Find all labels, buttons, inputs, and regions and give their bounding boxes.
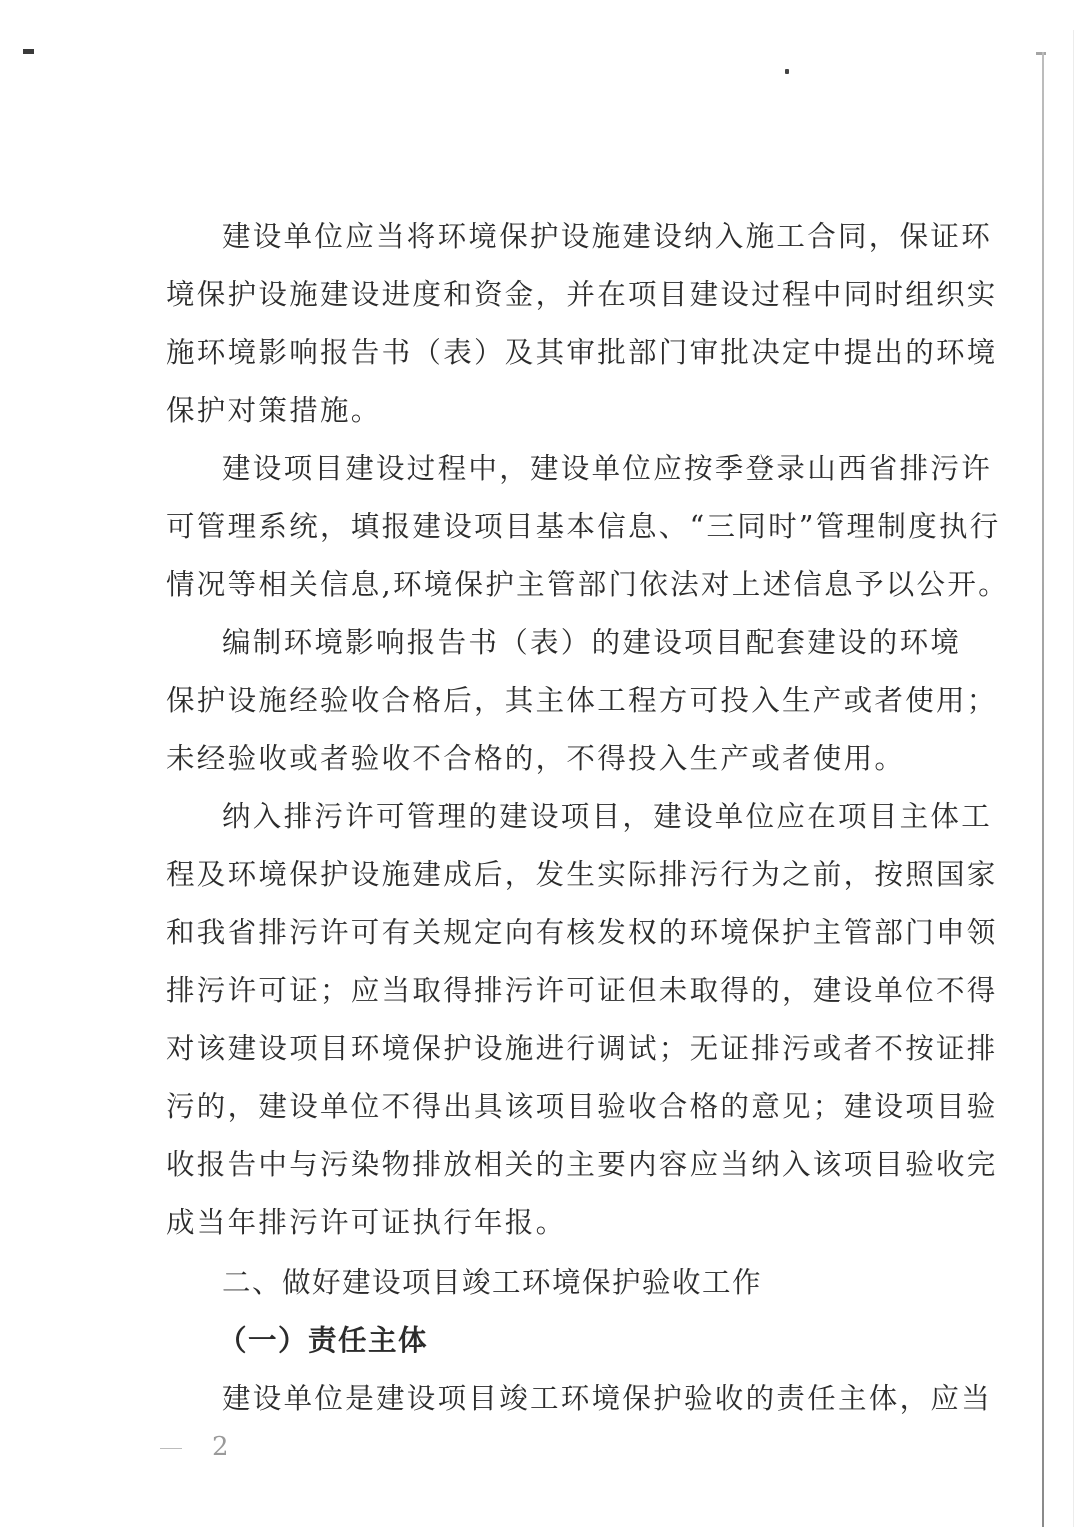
paragraph-quarterly-reporting: 建设项目建设过程中，建设单位应按季登录山西省排污许 可管理系统，填报建设项目基本… xyxy=(166,440,916,614)
paragraph-line: 建设项目建设过程中，建设单位应按季登录山西省排污许 xyxy=(166,440,916,498)
scan-corner-mark xyxy=(23,49,34,54)
paragraph-responsible-party: 建设单位是建设项目竣工环境保护验收的责任主体，应当 xyxy=(166,1370,916,1428)
paragraph-line: 排污许可证；应当取得排污许可证但未取得的，建设单位不得 xyxy=(166,962,916,1020)
document-body: 建设单位应当将环境保护设施建设纳入施工合同，保证环 境保护设施建设进度和资金，并… xyxy=(166,208,916,1428)
paragraph-line: 保护对策措施。 xyxy=(166,382,916,440)
paragraph-line: 情况等相关信息,环境保护主管部门依法对上述信息予以公开。 xyxy=(166,556,916,614)
paragraph-line: 和我省排污许可有关规定向有核发权的环境保护主管部门申领 xyxy=(166,904,916,962)
paragraph-line: 纳入排污许可管理的建设项目，建设单位应在项目主体工 xyxy=(166,788,916,846)
subsection-heading: （一）责任主体 xyxy=(166,1312,916,1370)
paragraph-line: 境保护设施建设进度和资金，并在项目建设过程中同时组织实 xyxy=(166,266,916,324)
paragraph-line: 程及环境保护设施建成后，发生实际排污行为之前，按照国家 xyxy=(166,846,916,904)
section-heading: 二、做好建设项目竣工环境保护验收工作 xyxy=(166,1254,916,1312)
paragraph-line: 可管理系统，填报建设项目基本信息、“三同时”管理制度执行 xyxy=(166,498,916,556)
footer-dash xyxy=(160,1448,182,1449)
paragraph-line: 建设单位应当将环境保护设施建设纳入施工合同，保证环 xyxy=(166,208,916,266)
paragraph-line: 建设单位是建设项目竣工环境保护验收的责任主体，应当 xyxy=(166,1370,916,1428)
paragraph-construction-contract: 建设单位应当将环境保护设施建设纳入施工合同，保证环 境保护设施建设进度和资金，并… xyxy=(166,208,916,440)
page-number: 2 xyxy=(212,1432,229,1462)
page-edge-line xyxy=(1073,30,1074,1527)
paragraph-acceptance-before-use: 编制环境影响报告书（表）的建设项目配套建设的环境 保护设施经验收合格后，其主体工… xyxy=(166,614,916,788)
paragraph-line: 保护设施经验收合格后，其主体工程方可投入生产或者使用； xyxy=(166,672,916,730)
scan-speck xyxy=(785,69,789,74)
paragraph-line: 编制环境影响报告书（表）的建设项目配套建设的环境 xyxy=(166,614,916,672)
paragraph-line: 未经验收或者验收不合格的，不得投入生产或者使用。 xyxy=(166,730,916,788)
page-footer: 2 xyxy=(160,1432,229,1462)
binding-edge-line xyxy=(1042,52,1044,1527)
paragraph-line: 成当年排污许可证执行年报。 xyxy=(166,1194,916,1252)
paragraph-line: 收报告中与污染物排放相关的主要内容应当纳入该项目验收完 xyxy=(166,1136,916,1194)
paragraph-discharge-permit: 纳入排污许可管理的建设项目，建设单位应在项目主体工 程及环境保护设施建成后，发生… xyxy=(166,788,916,1252)
binding-edge-top xyxy=(1036,52,1046,55)
paragraph-line: 对该建设项目环境保护设施进行调试；无证排污或者不按证排 xyxy=(166,1020,916,1078)
paragraph-line: 施环境影响报告书（表）及其审批部门审批决定中提出的环境 xyxy=(166,324,916,382)
paragraph-line: 污的，建设单位不得出具该项目验收合格的意见；建设项目验 xyxy=(166,1078,916,1136)
